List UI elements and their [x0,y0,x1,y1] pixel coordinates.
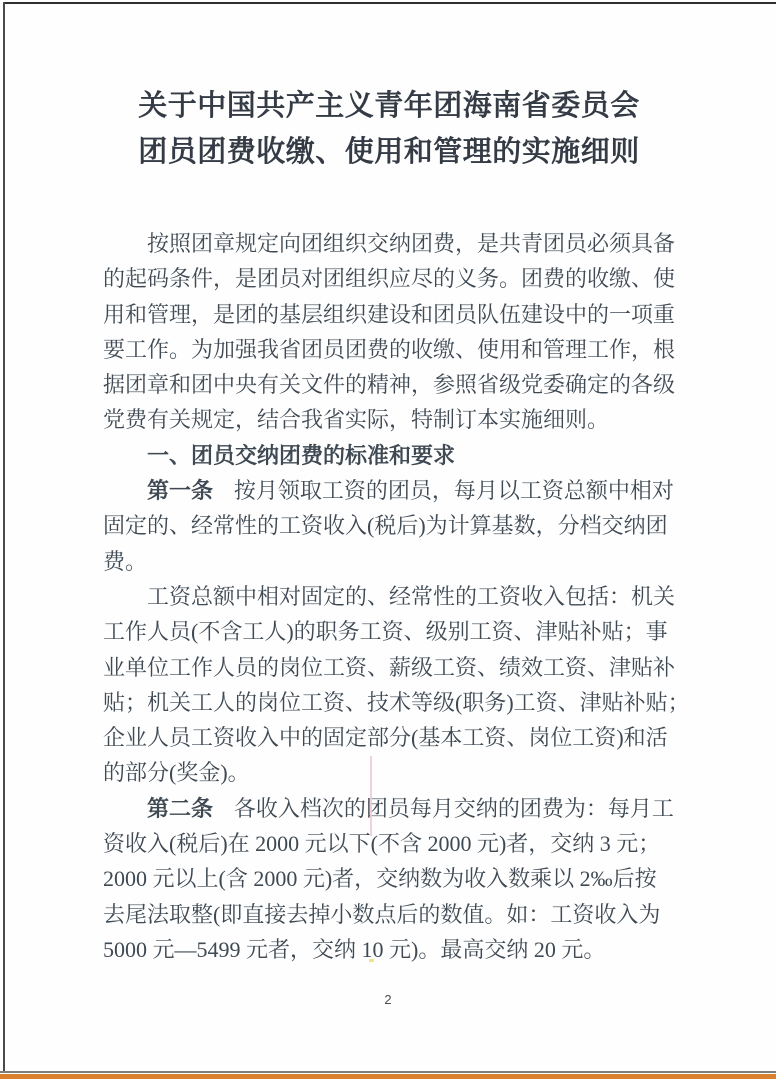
text-line: 的部分(奖金)。 [103,755,675,790]
text-line-content: 一、团员交纳团费的标准和要求 [147,443,455,468]
text-line-content: 工作人员(不含工人)的职务工资、级别工资、津贴补贴；事 [103,619,668,644]
text-line-content: 贴；机关工人的岗位工资、技术等级(职务)工资、津贴补贴； [103,690,690,715]
text-line-content: 去尾法取整(即直接去掉小数点后的数值。如：工资收入为 [103,902,660,927]
text-line-content: 业单位工作人员的岗位工资、薪级工资、绩效工资、津贴补 [103,655,675,680]
text-line-content: 要工作。为加强我省团员团费的收缴、使用和管理工作，根 [103,337,675,362]
text-line: 据团章和团中央有关文件的精神，参照省级党委确定的各级 [103,367,675,402]
text-line-content: 固定的、经常性的工资收入(税后)为计算基数，分档交纳团 [103,513,668,538]
text-line: 2000 元以上(含 2000 元)者，交纳数为收入数乘以 2‰后按 [103,861,675,896]
text-line-content: 5000 元—5499 元者，交纳 10 元)。最高交纳 20 元。 [103,937,605,962]
article-number: 第一条 [147,478,213,503]
page-border-bottom [0,1071,776,1073]
text-line: 贴；机关工人的岗位工资、技术等级(职务)工资、津贴补贴； [103,685,675,720]
document-title-line-2: 团员团费收缴、使用和管理的实施细则 [103,129,675,175]
text-line-content: 的部分(奖金)。 [103,760,250,785]
text-line-content: 据团章和团中央有关文件的精神，参照省级党委确定的各级 [103,372,675,397]
bottom-orange-strip [0,1074,776,1079]
page-border-top [3,2,776,4]
text-line-content: 工资总额中相对固定的、经常性的工资收入包括：机关 [147,584,675,609]
text-line: 用和管理，是团的基层组织建设和团员队伍建设中的一项重 [103,297,675,332]
text-line-content: 的起码条件，是团员对团组织应尽的义务。团费的收缴、使 [103,266,675,291]
page-border-left [3,2,5,1073]
scan-artifact-yellow-dot [369,959,374,962]
document-body: 按照团章规定向团组织交纳团费，是共青团员必须具备的起码条件，是团员对团组织应尽的… [103,226,675,967]
text-line-content: 2000 元以上(含 2000 元)者，交纳数为收入数乘以 2‰后按 [103,866,657,891]
text-line: 固定的、经常性的工资收入(税后)为计算基数，分档交纳团 [103,508,675,543]
text-line: 资收入(税后)在 2000 元以下(不含 2000 元)者，交纳 3 元； [103,826,675,861]
text-line: 第二条各收入档次的团员每月交纳的团费为：每月工 [103,791,675,826]
text-line-content: 费。 [103,549,147,574]
text-line: 按照团章规定向团组织交纳团费，是共青团员必须具备 [103,226,675,261]
page-number: 2 [0,992,776,1007]
text-line: 费。 [103,544,675,579]
text-line: 第一条按月领取工资的团员，每月以工资总额中相对 [103,473,675,508]
document-title: 关于中国共产主义青年团海南省委员会 团员团费收缴、使用和管理的实施细则 [103,83,675,175]
text-line: 业单位工作人员的岗位工资、薪级工资、绩效工资、津贴补 [103,650,675,685]
text-line: 的起码条件，是团员对团组织应尽的义务。团费的收缴、使 [103,261,675,296]
text-line: 企业人员工资收入中的固定部分(基本工资、岗位工资)和活 [103,720,675,755]
scanned-document-page: 关于中国共产主义青年团海南省委员会 团员团费收缴、使用和管理的实施细则 按照团章… [0,0,776,1080]
text-line-content: 用和管理，是团的基层组织建设和团员队伍建设中的一项重 [103,302,675,327]
scan-artifact-pink-line [370,756,372,836]
text-line: 工作人员(不含工人)的职务工资、级别工资、津贴补贴；事 [103,614,675,649]
text-line: 一、团员交纳团费的标准和要求 [103,438,675,473]
text-line-content: 企业人员工资收入中的固定部分(基本工资、岗位工资)和活 [103,725,668,750]
text-line: 要工作。为加强我省团员团费的收缴、使用和管理工作，根 [103,332,675,367]
text-line-content: 各收入档次的团员每月交纳的团费为：每月工 [234,796,674,821]
text-line-content: 资收入(税后)在 2000 元以下(不含 2000 元)者，交纳 3 元； [103,831,660,856]
text-line: 去尾法取整(即直接去掉小数点后的数值。如：工资收入为 [103,897,675,932]
document-title-line-1: 关于中国共产主义青年团海南省委员会 [103,83,675,129]
article-number: 第二条 [147,796,213,821]
text-line-content: 党费有关规定，结合我省实际，特制订本实施细则。 [103,407,609,432]
text-line: 工资总额中相对固定的、经常性的工资收入包括：机关 [103,579,675,614]
text-line-content: 按月领取工资的团员，每月以工资总额中相对 [234,478,674,503]
text-line: 5000 元—5499 元者，交纳 10 元)。最高交纳 20 元。 [103,932,675,967]
text-line-content: 按照团章规定向团组织交纳团费，是共青团员必须具备 [147,231,675,256]
text-line: 党费有关规定，结合我省实际，特制订本实施细则。 [103,402,675,437]
